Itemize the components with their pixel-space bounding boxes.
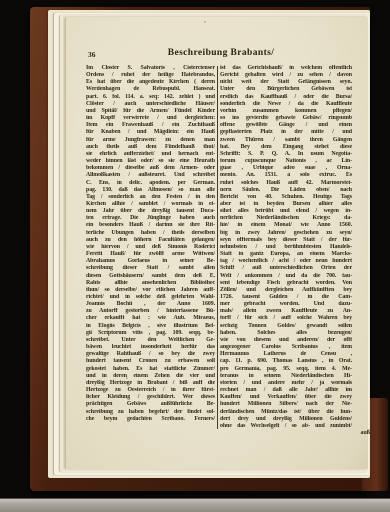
text-line: hundert tausent Cronen zu erbawen soll — [86, 358, 215, 365]
text-line: gekostet haben. Es hat stattliche Zimmer… — [86, 366, 215, 373]
text-line: Joannis Bochii , der Anno 1609. — [86, 301, 215, 308]
text-line: Im Closter S. Salvatoris , Cistercienser — [86, 65, 215, 72]
text-line: Unter den Bürgerlichen Gebäwen ist — [220, 86, 352, 93]
text-line: für arme Jungfrawen: zu denen man — [86, 137, 215, 144]
text-line: erstlich das Kauffhauß / oder die Bursa/ — [220, 94, 352, 101]
text-line: wie hiervon / und deß Simonis Roderici — [86, 244, 215, 251]
text-line: Werdenhagen de Rebuspubl. Hanseat. — [86, 86, 215, 93]
text-line: sent lebendige Fisch gebracht worden. Vo… — [220, 280, 352, 287]
text-line: mer gebracht worden. Und dazu- — [220, 301, 352, 308]
text-line: big in zwey Jahren/ geschehen zu seyn/ — [220, 230, 352, 237]
text-line: gewaltige Rahthauß / so bey die zwey — [86, 351, 215, 358]
text-line: richtet/ und in solche deß gelehrten Wah… — [86, 294, 215, 301]
text-line: offene gewölbte Gänge / und einen — [220, 122, 352, 129]
text-line: Abrahamus Gorlaeus in seiner Be- — [86, 258, 215, 265]
text-line: Schrifft: S. P. Q. A. In usum Negotia- — [220, 151, 352, 158]
text-line: rechnet man / daß alle Jahr/ allhie im — [220, 387, 352, 394]
text-line: hat. Bey dem Eingang stehet diese — [220, 144, 352, 151]
text-line: pro Germania, pag. 95. seqq. item 4. Me- — [220, 366, 352, 373]
text-line: derländischen Müntz/das ist/ über die hu… — [220, 409, 352, 416]
text-line: licher Kleidung / geschildert. Wer diese… — [86, 394, 215, 401]
catchword: auß — [290, 430, 370, 436]
text-line: thun/ so derselbe/ vor etlichen Jahren a… — [86, 287, 215, 294]
text-line: Zöllen/ und dergleichen Auffkünfften bey — [220, 287, 352, 294]
text-column-right: ist das Gerichtshauß/ in welchem offentl… — [220, 65, 352, 430]
text-line: hundert Millionen Silbers/ nach der Nie- — [220, 401, 352, 408]
text-line: Bericht von 40. Schuhen. Heutigs Tags — [220, 194, 352, 201]
text-line: Ordens / ruhet der heilige Hatebrandus, — [86, 72, 215, 79]
text-line: ten ertrage. Die Jünglinge haben auch — [86, 215, 215, 222]
text-column-left: Im Closter S. Salvatoris , Cistercienser… — [86, 65, 215, 423]
text-line: schreibung dieser Statt / sambt allen — [86, 265, 215, 272]
text-line: und Spitäl/ für die Armen/ Fündel Kinder — [86, 108, 215, 115]
text-line: ist das Gerichtshauß/ in welchem offentl… — [220, 65, 352, 72]
text-line: auch zu den höhern Facultäten gelangen/ — [86, 237, 215, 244]
text-line: für Knaben / und Mägdlein: ein Hauß — [86, 129, 215, 136]
text-line: Feretti Hauß/ für zwölff arme Wittwen/ — [86, 251, 215, 258]
text-line: Tag / sonderlich an den Festen / in den — [86, 194, 215, 201]
text-line: zu Antorff gestorben / hinterlassene Bü- — [86, 308, 215, 315]
text-line: und in deren einem Zehen die vier und — [86, 373, 215, 380]
text-line: vorhin zusammen kommen pflegen/ — [220, 108, 352, 115]
text-line: seyn offtermals bey dieser Statt / der f… — [220, 237, 352, 244]
text-line: zween Thüren / sambt ihren Gängen — [220, 137, 352, 144]
text-line: tag / wochentlich / acht / oder neun hun… — [220, 258, 352, 265]
text-line: hie/ in einem Monat/ wie Anno 1560. — [220, 222, 352, 229]
text-line: pag. 130. daß das Allmosen/ so man alle — [86, 187, 215, 194]
text-line: nehmbsten / und berühmbtesten Handels- — [220, 244, 352, 251]
text-line: C. Ens, in delic. apodem. per German. — [86, 180, 215, 187]
text-line: torff / für sich / auff solche Wahren be… — [220, 315, 352, 322]
text-line: schreibet. Unter den Weltlichen Ge- — [86, 337, 215, 344]
text-line: im Kopff verwirrete / und dergleichen: — [86, 115, 215, 122]
text-line: nerlichen Niederländischen Kriegs: da- — [220, 215, 352, 222]
text-line: terliche Ubungen haben / theils derselbe… — [86, 230, 215, 237]
column-divider-rule — [217, 66, 218, 429]
text-line: teranus in seinem Niederländischen Hi- — [220, 373, 352, 380]
text-line: Allmoßkasten / außsteuret. Und schreibet — [86, 172, 215, 179]
text-line: che beym gedachten Scribano. Ferners/ — [86, 416, 215, 423]
text-line: sie ehrlich aufferziehet/ und hernach en… — [86, 151, 215, 158]
text-line: gii Scriptorum vitis , pag. 109. seqq. b… — [86, 330, 215, 337]
text-line: 1726. tausent Gulden / in die Cam- — [220, 294, 352, 301]
text-line: Schiff / auß unterschiedlichen Orten der — [220, 265, 352, 272]
text-line: mento. An. 1531. à solo extruc. Es — [220, 172, 352, 179]
text-line: nem Jahr über die dreyßig tausent Duca- — [86, 208, 215, 215]
text-line: auch theils auß dem Fündelhauß thut/ — [86, 144, 215, 151]
text-line: Kirchen allhie / samblet / wormals in ei… — [86, 201, 215, 208]
text-line: wie von diesem und anderen/ der offt — [220, 337, 352, 344]
text-line: Item ein Frawenhauß / ein Zuchthauß — [86, 122, 215, 129]
text-line: ohne das Wechselgelt / so ab- und zunimb… — [220, 423, 352, 430]
text-line: Rahts allhie ansehenlichen Bibliothec — [86, 280, 215, 287]
text-line: prächtigen Gebäws außführliche Be- — [86, 401, 215, 408]
text-line: cap. 11. p. 690. Thomas Lansius , in Ora… — [220, 358, 352, 365]
text-line: Kauffen/ und Verkauffen/ über die zwey — [220, 394, 352, 401]
text-line: dreyßig Hertzoge in Brabant / biß auff d… — [86, 380, 215, 387]
shelf-strip — [0, 498, 390, 512]
text-line: Hermannus Latherus de Censu , — [220, 351, 352, 358]
text-line: angezogener Carolus Scribanius , item — [220, 344, 352, 351]
text-line: bekommen / dieselbe auß dem Armen- oder — [86, 165, 215, 172]
text-line: haben. Solches alles bezeugen/ — [220, 330, 352, 337]
text-line: gepflasterten Platz in der mitte / und — [220, 129, 352, 136]
text-line: nern Säulen. Die Läden oben/ nach — [220, 187, 352, 194]
text-line: diesen Gottshäusern/ sambt dem deß E. — [86, 273, 215, 280]
text-line: sonderlich die Newe / da die Kauffleute — [220, 101, 352, 108]
paper-speck — [204, 21, 206, 23]
text-line: torum cujuscunque Nationis , ac Lin- — [220, 158, 352, 165]
text-line: Es hat über die angedeute Kirchen ( dere… — [86, 79, 215, 86]
text-line: Clöster / auch unterschiedliche Häuser/ — [86, 101, 215, 108]
text-line: ruhet solches Hauß auff 42. Marmorstei- — [220, 180, 352, 187]
text-line: so ins gevierdte gebawte Gebäw/ ringsumb — [220, 115, 352, 122]
running-header: Beschreibung Brabants/ — [96, 48, 346, 58]
text-line: bäwen leuchtet insonderheit herfür das — [86, 344, 215, 351]
text-line: guae , Urbique adeo suae , Orna- — [220, 165, 352, 172]
text-line: Hertzoge zu Oesterreich / in ihrer fürst… — [86, 387, 215, 394]
text-line: cher erkaufft hat : wie Aub. Miraeus, — [86, 315, 215, 322]
text-line: dert drey und dreyßig Millionen Guldens/ — [220, 416, 352, 423]
text-line: part. 6. fol. 114. a. seq: 142. zehlet )… — [86, 94, 215, 101]
text-line: aber ist in beyden Bursen alhier alles — [220, 201, 352, 208]
text-line: sechzig Tonnen Goldes/ gewandt sollen — [220, 323, 352, 330]
text-line: storien / und andere mehr / ja wormals — [220, 380, 352, 387]
text-line: weder hinnen läst oder/ so sie eine Heur… — [86, 158, 215, 165]
scanned-book-photo: 36 Beschreibung Brabants/ Im Closter S. … — [0, 0, 390, 512]
text-line: nicht weit der Statt Gefängnissen seyn. — [220, 79, 352, 86]
text-line: mals/ allein zween Kauffleute zu An- — [220, 308, 352, 315]
text-line: ein besonders Hauß / darinn sie ihre Rit… — [86, 222, 215, 229]
text-line: in Elogiis Belgicis , sive illustrium Be… — [86, 323, 215, 330]
text-line: Statt in gantz Europa, an einem Marcks- — [220, 251, 352, 258]
text-line: sihet alles betrübt und elend / wegen in… — [220, 208, 352, 215]
text-line: Welt / ankommen / und da die 700. tau- — [220, 273, 352, 280]
text-line: schreibung zu haben begehrt/ der findet … — [86, 409, 215, 416]
text-line: Gericht gehalten wird / zu sehen / davon — [220, 72, 352, 79]
